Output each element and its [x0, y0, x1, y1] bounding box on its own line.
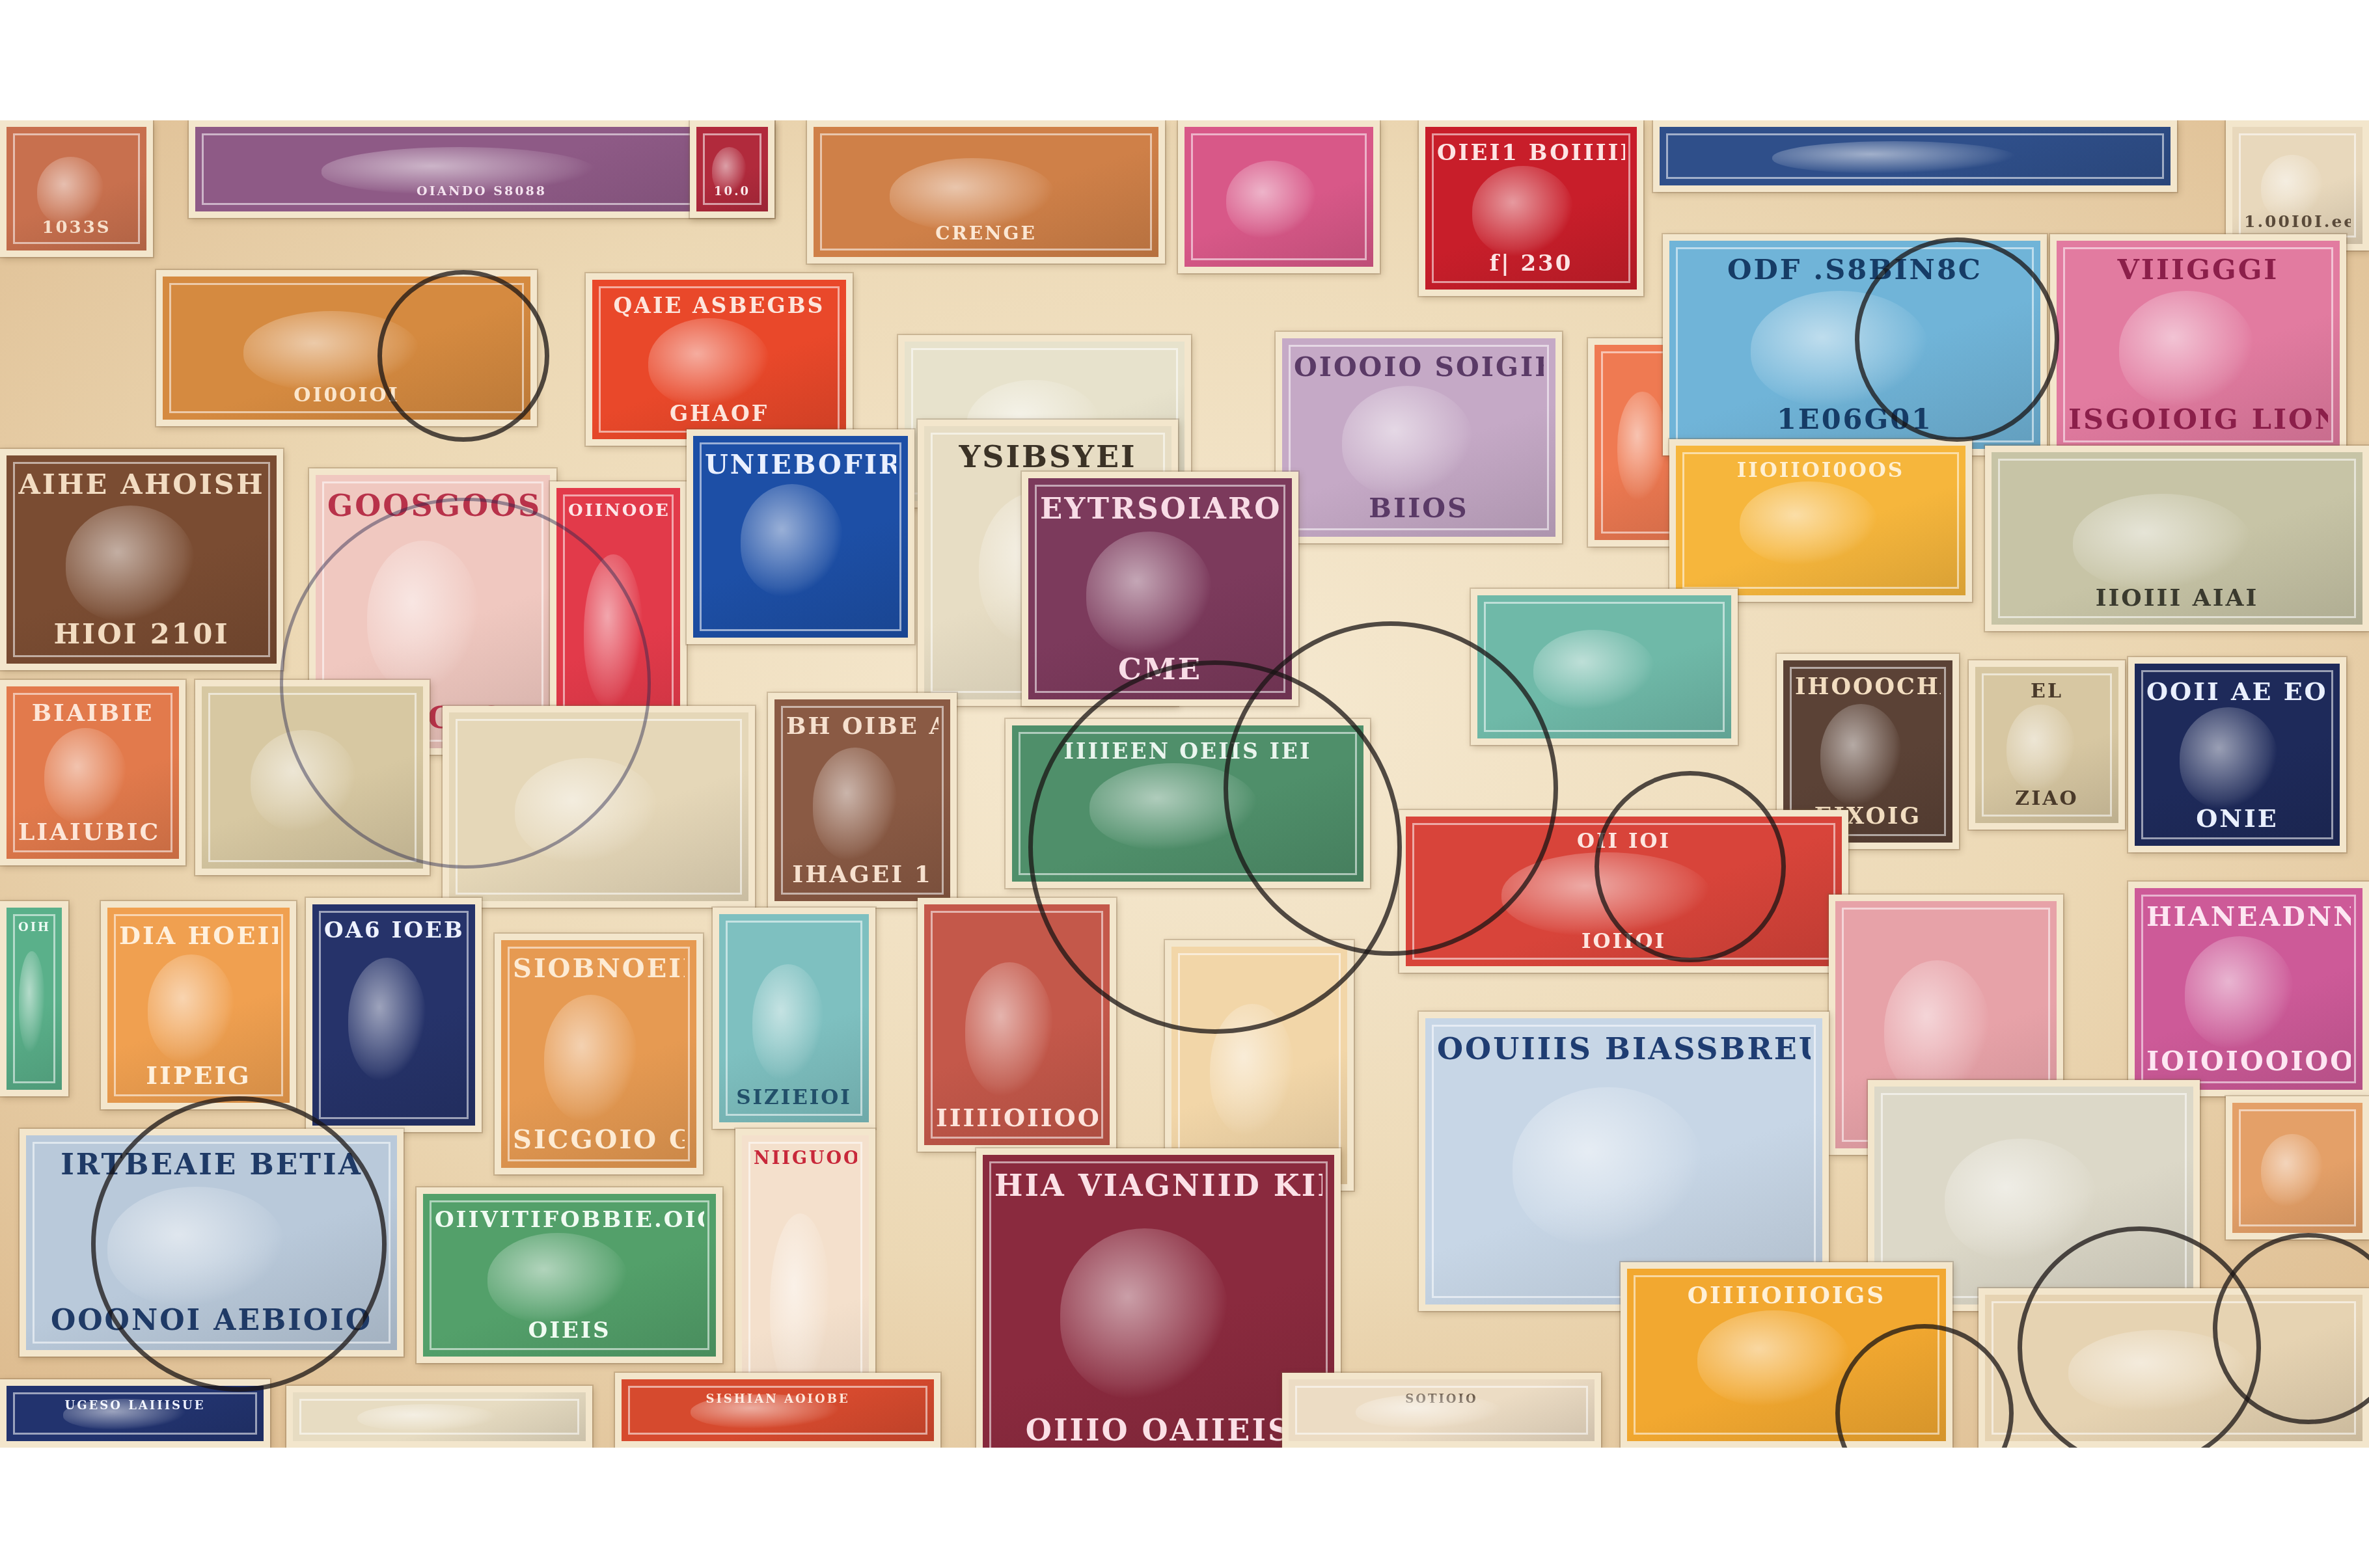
stamp-title-text: BIAIBIE	[18, 699, 167, 727]
stamp-title-text: OIHOE	[18, 921, 50, 934]
stamp-vignette	[544, 995, 638, 1122]
stamp: SISHIAN AOIOBE	[615, 1373, 940, 1448]
stamp	[1979, 1288, 2369, 1448]
stamp-value-text: ONIE	[2146, 804, 2328, 833]
stamp-vignette	[2261, 1134, 2323, 1207]
stamp-vignette	[66, 506, 195, 622]
stamp: 10.0	[690, 120, 774, 218]
stamp-title-text: HIA VIAGNIID KIEP	[994, 1168, 1322, 1203]
stamp-vignette	[1501, 852, 1711, 936]
stamp-vignette	[741, 484, 843, 597]
stamp-value-text: 1.00I0I.ee0I	[2244, 212, 2351, 231]
stamp-vignette	[1060, 1228, 1229, 1399]
stamp-value-text: CME	[1040, 652, 1280, 686]
stamp-title-text: VIIIGGGI	[2068, 254, 2328, 286]
stamp-value-text: 1E06G01	[1681, 403, 2029, 436]
stamp: VIIIGGGIISGOIOIG LION 8	[2050, 234, 2346, 455]
stamp: UNIEBOFIRES	[687, 429, 914, 644]
stamp-title-text: DIA HOEIL	[119, 921, 278, 950]
stamp-title-text: OOII AE EORAS	[2146, 677, 2328, 706]
stamp-vignette	[965, 962, 1054, 1097]
stamp-value-text: GHAOF	[604, 401, 834, 426]
stamp-value-text: OIANDO S8088	[207, 184, 756, 198]
stamp-value-text: IIIIIOIIOOIBIIO	[936, 1103, 1098, 1132]
stamp-vignette	[1751, 291, 1929, 407]
stamp-value-text: OIEIS	[435, 1318, 704, 1344]
stamp-value-text: CRENGE	[825, 223, 1147, 244]
stamp-title-text: BH OIBE A	[786, 712, 938, 740]
stamp: OI0OIOI	[156, 270, 537, 426]
stamp-title-text: OOUIIIS BIASSBREU	[1437, 1031, 1811, 1066]
stamp-value-text: SICGOIO GIEIOE	[513, 1124, 685, 1155]
stamp-title-text: EYTRSOIAROIOS	[1040, 491, 1280, 526]
stamp-value-text: HIOI 210I	[18, 618, 265, 651]
stamp-value-text: ISGOIOIG LION 8	[2068, 403, 2328, 436]
stamp-vignette	[1356, 1394, 1503, 1429]
stamp: ELZIAO	[1969, 660, 2125, 830]
stamp-vignette	[37, 157, 104, 226]
stamp: IIOIIOI0OOS	[1669, 439, 1972, 602]
stamp-vignette	[1772, 141, 2018, 174]
stamp-title-text: OA6 IOEBIGO	[324, 917, 463, 943]
stamp-vignette	[1086, 532, 1212, 655]
stamp-vignette	[2261, 155, 2323, 221]
stamp: OIANDO S8088	[189, 120, 774, 218]
stamp-value-text: IOIIOI	[1417, 930, 1830, 953]
stamp-vignette	[890, 158, 1055, 231]
stamp-value-text: 1033S	[18, 218, 135, 237]
stamp: SIZIEIOI	[713, 908, 875, 1129]
stamp-vignette	[243, 311, 420, 391]
stamp: UGESO LAIIISUE	[0, 1379, 270, 1448]
stamp-vignette	[1342, 386, 1473, 497]
stamp-vignette	[770, 1213, 831, 1396]
stamp: OA6 IOEBIGO	[306, 898, 482, 1132]
stamp	[443, 706, 755, 908]
stamp-title-text: IIIIEEN OEIIS IEI	[1024, 738, 1352, 764]
stamp-value-text: IOIOIOOIOO	[2146, 1046, 2351, 1077]
stamp: EYTRSOIAROIOSCME	[1022, 472, 1298, 706]
stamp: BIAIBIELIAIUBIC GIA	[0, 680, 185, 865]
stamp: QAIE ASBEGBSGHAOF	[586, 273, 853, 446]
stamp-title-text: AIHE AHOISH	[18, 468, 265, 501]
stamp: OIIIIOIIOIGS	[1621, 1262, 1952, 1448]
stamp-title-text: UNIEBOFIRES	[705, 449, 896, 480]
stamp: OIEI1 BOIIIIIGDf| 230	[1419, 120, 1643, 296]
stamp-title-text: ODF .S8BIN8C	[1681, 254, 2029, 286]
stamp-value-text: f| 230	[1437, 250, 1625, 277]
stamp-title-text: NIIGUOOIESFE	[754, 1148, 857, 1169]
stamp: IIIIEEN OEIIS IEI	[1006, 719, 1370, 888]
stamp-vignette	[348, 958, 426, 1081]
stamp-title-text: IRTBEAIE BETIA	[38, 1148, 385, 1182]
stamp-value-text: OIIIO OAIIEIS	[994, 1413, 1322, 1448]
stamp-title-text: IIOIIOI0OOS	[1688, 459, 1954, 482]
stamp-vignette	[1472, 166, 1574, 257]
stamp	[195, 680, 430, 875]
stamp-vignette	[1617, 392, 1667, 501]
stamp-value-text: BIIOS	[1294, 493, 1544, 524]
stamp-title-text: OIIVITIFOBBIE.OIG	[435, 1207, 704, 1233]
stamp-vignette	[1533, 630, 1655, 710]
stamp-value-text: LIAIUBIC GIA	[18, 818, 167, 846]
stamp-vignette	[251, 730, 357, 832]
stamp-vignette	[2185, 936, 2294, 1049]
stamp-title-text: OIIIIOIIOIGS	[1639, 1282, 1934, 1309]
stamp-vignette	[584, 554, 643, 709]
stamp-collage: 1033SOIANDO S808810.0CRENGEOIEI1 BOIIIII…	[0, 120, 2369, 1448]
stamp: OIIVITIFOBBIE.OIGOIEIS	[417, 1187, 722, 1363]
stamp-vignette	[1945, 1139, 2098, 1261]
stamp-vignette	[19, 951, 46, 1053]
stamp-title-text: YSIBSYEI	[936, 439, 1160, 474]
stamp-vignette	[367, 541, 480, 694]
stamp: OOII AE EORASONIE	[2128, 657, 2346, 852]
stamp-vignette	[1884, 960, 1990, 1099]
stamp-value-text: SIZIEIOI	[731, 1086, 857, 1109]
stamp: SOTIOIO	[1282, 1373, 1601, 1448]
stamp: OIHOE	[0, 901, 68, 1096]
stamp-vignette	[487, 1233, 628, 1324]
stamp	[1653, 120, 2177, 192]
stamp: DIA HOEILIIPEIG	[101, 901, 296, 1109]
stamp-vignette	[752, 964, 824, 1081]
stamp-vignette	[1740, 481, 1879, 565]
stamp-vignette	[813, 748, 897, 861]
stamp-vignette	[1210, 1004, 1294, 1137]
stamp	[1471, 589, 1738, 745]
stamp-value-text: IHAGEI 1	[786, 861, 938, 888]
stamp-title-text: IHOOOCHAB	[1795, 673, 1941, 700]
stamp: IIOIII AIAI	[1985, 446, 2369, 631]
stamp-title-text: OIOOIO SOIGIE TIG BTIKGOI	[1294, 351, 1544, 383]
stamp-title-text: EL	[1987, 680, 2107, 703]
stamp: 1033S	[0, 120, 153, 257]
stamp-vignette	[2180, 707, 2278, 809]
stamp	[286, 1386, 592, 1448]
stamp: OII IOIIOIIOI	[1399, 810, 1848, 973]
stamp-vignette	[691, 1394, 840, 1429]
stamp-vignette	[1697, 1310, 1850, 1407]
stamp-title-text: HIANEADNNEI	[2146, 901, 2351, 932]
stamp-vignette	[515, 758, 659, 863]
stamp-value-text: OI0OIOI	[174, 384, 519, 407]
stamp-value-text: IIPEIG	[119, 1061, 278, 1090]
stamp-value-text: ZIAO	[1987, 787, 2107, 810]
stamp-vignette	[648, 318, 770, 407]
stamp-title-text: OIEI1 BOIIIIIGD	[1437, 140, 1625, 166]
stamp-title-text: OII IOI	[1417, 830, 1830, 853]
stamp-vignette	[63, 1399, 187, 1430]
stamp: 1.00I0I.ee0I	[2226, 120, 2369, 250]
stamp: AIHE AHOISHHIOI 210I	[0, 449, 283, 670]
stamp	[1178, 120, 1380, 273]
stamp: BH OIBE AIHAGEI 1	[768, 693, 957, 908]
stamp-title-text: QAIE ASBEGBS	[604, 293, 834, 318]
stamp-vignette	[2073, 494, 2251, 590]
stamp-title-text: OIINOOEI EP	[568, 501, 668, 520]
stamp-vignette	[2068, 1330, 2249, 1412]
stamp-value-text: OOONOI AEBIOIO	[38, 1304, 385, 1337]
stamp	[2226, 1096, 2369, 1239]
stamp-title-text: SIOBNOEIEO	[513, 953, 685, 984]
stamp-vignette	[1820, 704, 1902, 806]
stamp-title-text: GOOSGOOSAK OOIG	[327, 488, 538, 523]
stamp-vignette	[2119, 291, 2255, 407]
stamp-value-text: 10.0	[708, 185, 756, 198]
stamp-value-text: IIOIII AIAI	[2003, 584, 2351, 612]
stamp: HIANEADNNEIIOIOIOOIOO	[2128, 882, 2369, 1096]
stamp: SIOBNOEIEOSICGOIO GIEIOE	[495, 934, 703, 1174]
stamp: ODF .S8BIN8C1E06G01	[1663, 234, 2047, 455]
stamp-vignette	[107, 1187, 286, 1307]
stamp-vignette	[2006, 705, 2075, 792]
stamp: OIOOIO SOIGIE TIG BTIKGOIBIIOS	[1276, 332, 1562, 543]
stamp-vignette	[44, 728, 127, 824]
stamp: CRENGE	[807, 120, 1165, 264]
stamp: IRTBEAIE BETIAOOONOI AEBIOIO	[20, 1129, 404, 1357]
stamp: IIIIIOIIOOIBIIO	[918, 898, 1116, 1152]
stamp-vignette	[1513, 1087, 1703, 1247]
stamp-vignette	[148, 954, 235, 1064]
stamp-vignette	[1226, 161, 1317, 239]
stamp-vignette	[1089, 763, 1258, 850]
stamp-vignette	[357, 1404, 498, 1431]
